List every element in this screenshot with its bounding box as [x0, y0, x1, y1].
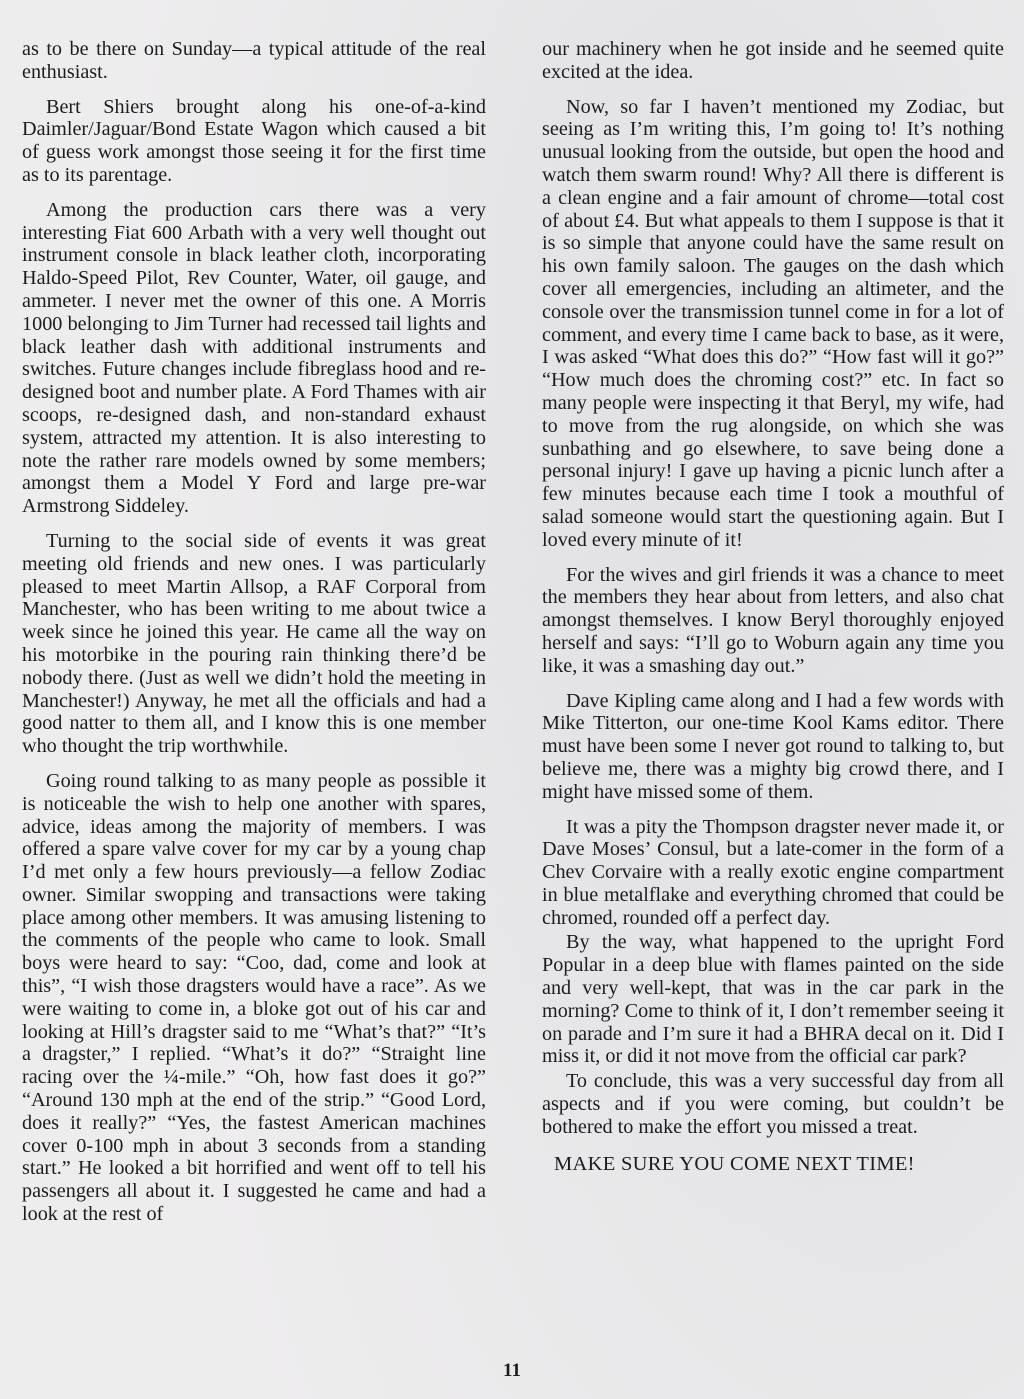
paragraph-bert-shiers: Bert Shiers brought along his one-of-a-k… [22, 96, 486, 187]
paragraph-ford-popular: By the way, what happened to the upright… [542, 931, 1004, 1068]
paragraph-thompson-dragster: It was a pity the Thompson dragster neve… [542, 816, 1004, 930]
paragraph-wives-girlfriends: For the wives and girl friends it was a … [542, 564, 1004, 678]
paragraph-zodiac: Now, so far I haven’t mentioned my Zodia… [542, 96, 1004, 552]
paragraph-continuation: as to be there on Sunday—a typical attit… [22, 38, 486, 84]
closing-headline: MAKE SURE YOU COME NEXT TIME! [542, 1153, 1004, 1176]
left-column: as to be there on Sunday—a typical attit… [22, 38, 486, 1238]
paragraph-social-side: Turning to the social side of events it … [22, 530, 486, 758]
paragraph-going-round: Going round talking to as many people as… [22, 770, 486, 1226]
paragraph-dave-kipling: Dave Kipling came along and I had a few … [542, 690, 1004, 804]
paragraph-continuation: our machinery when he got inside and he … [542, 38, 1004, 84]
paragraph-production-cars: Among the production cars there was a ve… [22, 199, 486, 518]
magazine-page: as to be there on Sunday—a typical attit… [0, 0, 1024, 1399]
page-number: 11 [0, 1360, 1024, 1382]
paragraph-conclusion: To conclude, this was a very successful … [542, 1070, 1004, 1138]
right-column: our machinery when he got inside and he … [542, 38, 1004, 1175]
